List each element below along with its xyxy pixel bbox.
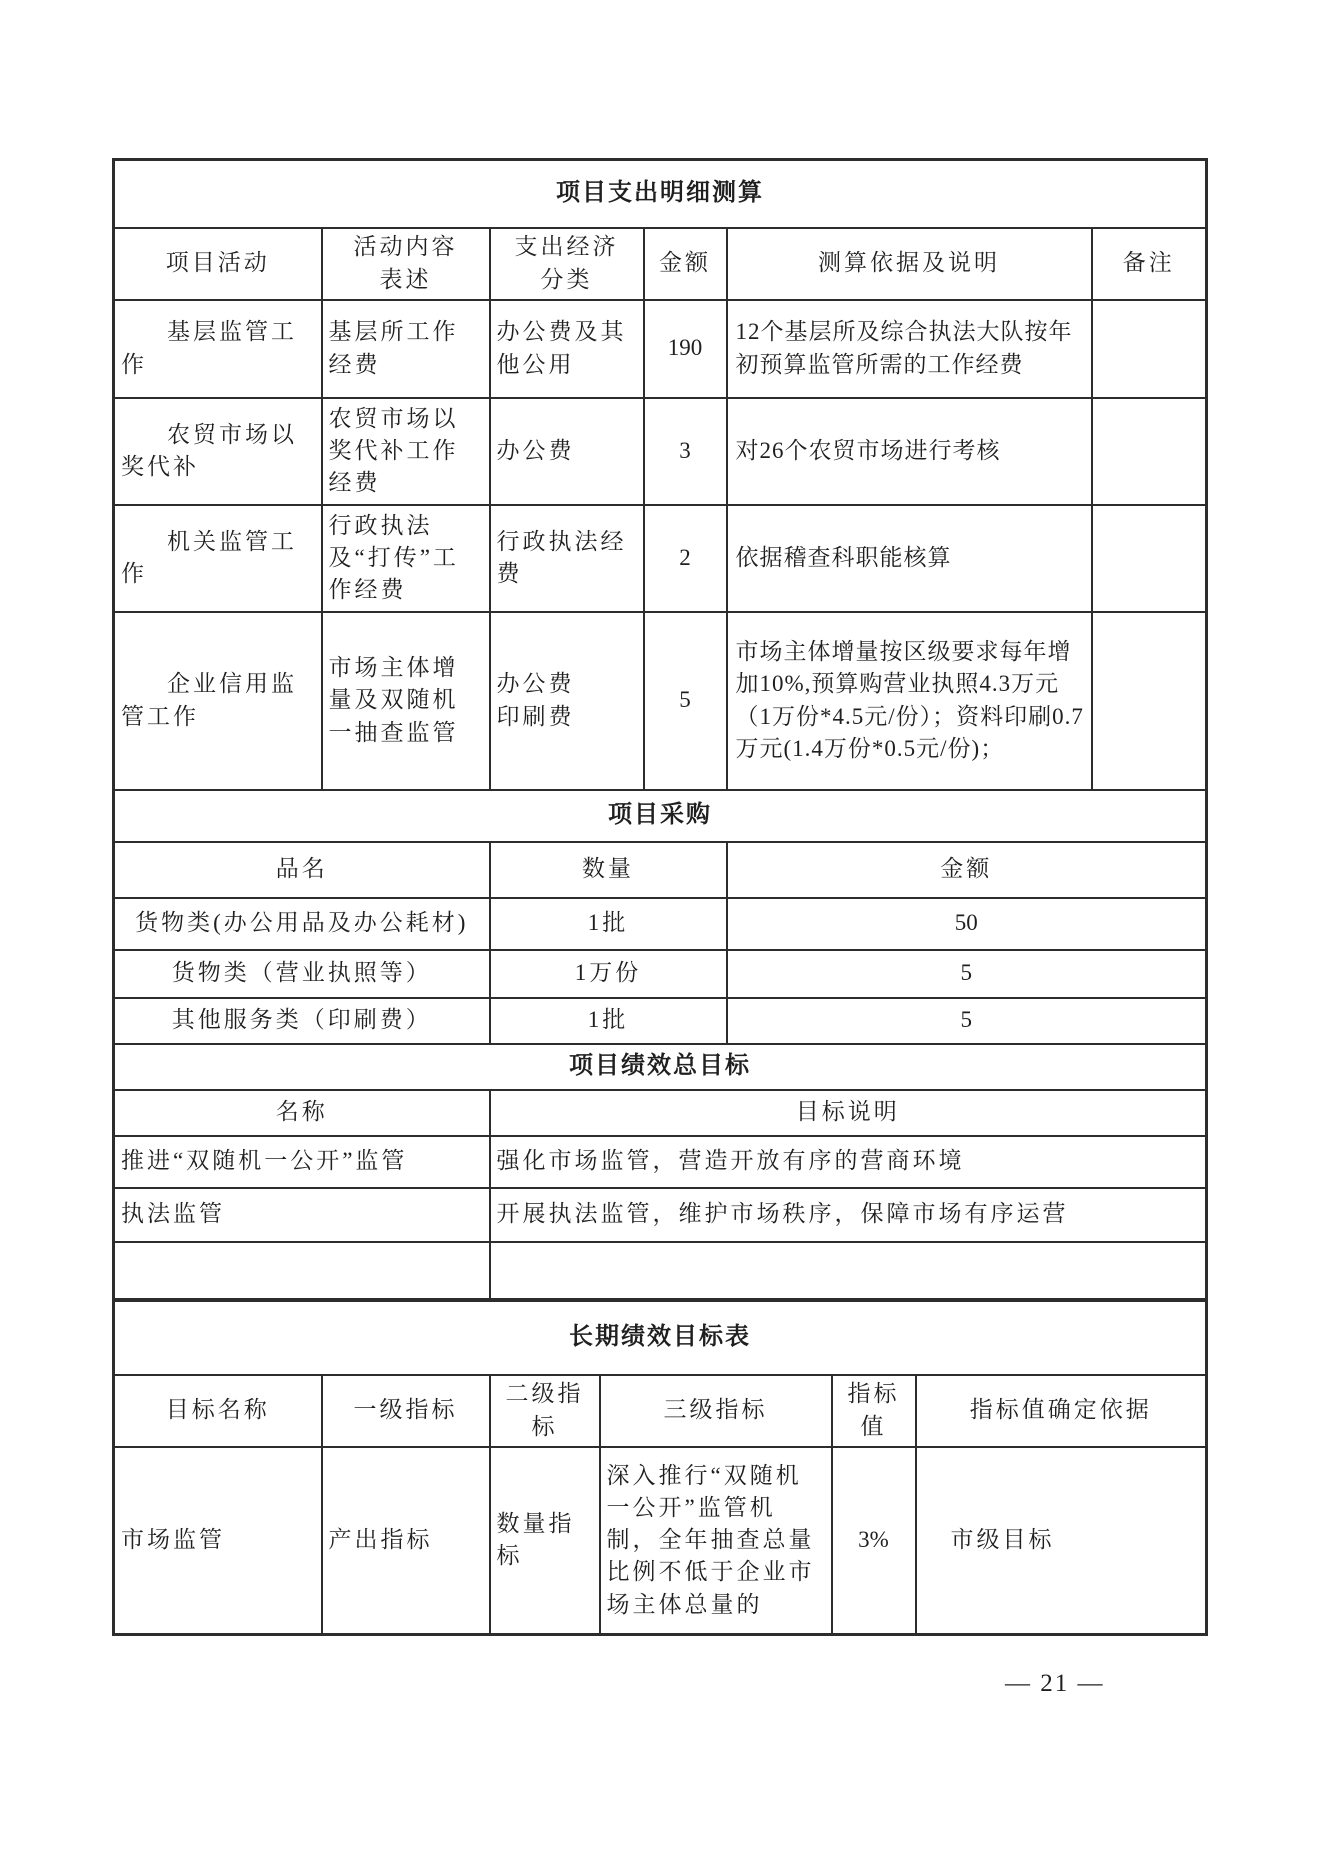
cell-basis: 对26个农贸市场进行考核 [727,398,1092,505]
cell-item-name: 货物类(办公用品及办公耗材) [114,898,490,950]
longterm-table: 长期绩效目标表 目标名称 一级指标 二级指 标 三级指标 指标 值 指标值确定依… [112,1299,1208,1636]
cell-goal-name: 执法监管 [114,1188,490,1242]
cell-value-basis: 市级目标 [916,1447,1207,1635]
cell-goal-desc: 强化市场监管，营造开放有序的营商环境 [490,1136,1207,1188]
cell-category: 办公费及其他公用 [490,300,644,398]
cell-quantity: 1万份 [490,950,727,998]
expenditure-table: 项目支出明细测算 项目活动 活动内容 表述 支出经济 分类 金额 测算依据及说明… [112,158,1208,1301]
col-header-goal-title: 目标名称 [114,1375,322,1447]
procurement-row: 其他服务类（印刷费） 1批 5 [114,998,1207,1044]
longterm-header-row: 目标名称 一级指标 二级指 标 三级指标 指标 值 指标值确定依据 [114,1375,1207,1447]
overall-goal-title-row: 项目绩效总目标 [114,1044,1207,1090]
col-header-quantity: 数量 [490,842,727,898]
cell-note [1092,505,1207,612]
cell-indicator-value: 3% [832,1447,916,1635]
expenditure-row: 农贸市场以奖代补 农贸市场以奖代补工作经费 办公费 3 对26个农贸市场进行考核 [114,398,1207,505]
page-number: — 21 — [1005,1670,1105,1698]
procurement-header-row: 品名 数量 金额 [114,842,1207,898]
longterm-title-row: 长期绩效目标表 [114,1301,1207,1375]
cell-content: 行政执法及“打传”工作经费 [322,505,490,612]
overall-goal-row: 执法监管 开展执法监管，维护市场秩序，保障市场有序运营 [114,1188,1207,1242]
procurement-title-row: 项目采购 [114,790,1207,842]
cell-goal-desc: 开展执法监管，维护市场秩序，保障市场有序运营 [490,1188,1207,1242]
cell-proc-amount: 5 [727,950,1207,998]
cell-proc-amount: 50 [727,898,1207,950]
cell-category: 办公费 印刷费 [490,612,644,790]
col-header-indicator-value: 指标 值 [832,1375,916,1447]
expenditure-header-row: 项目活动 活动内容 表述 支出经济 分类 金额 测算依据及说明 备注 [114,228,1207,300]
cell-item-name: 货物类（营业执照等） [114,950,490,998]
cell-basis: 依据稽查科职能核算 [727,505,1092,612]
col-header-goal-desc: 目标说明 [490,1090,1207,1136]
col-header-basis: 测算依据及说明 [727,228,1092,300]
cell-item-name: 其他服务类（印刷费） [114,998,490,1044]
col-header-value-basis: 指标值确定依据 [916,1375,1207,1447]
expenditure-row: 企业信用监管工作 市场主体增量及双随机一抽查监管 办公费 印刷费 5 市场主体增… [114,612,1207,790]
procurement-row: 货物类（营业执照等） 1万份 5 [114,950,1207,998]
cell-basis: 市场主体增量按区级要求每年增加10%,预算购营业执照4.3万元（1万份*4.5元… [727,612,1092,790]
cell-quantity: 1批 [490,898,727,950]
cell-level2: 数量指标 [490,1447,600,1635]
cell-activity: 企业信用监管工作 [114,612,322,790]
cell-content: 农贸市场以奖代补工作经费 [322,398,490,505]
cell-category: 办公费 [490,398,644,505]
cell-goal-title: 市场监管 [114,1447,322,1635]
overall-goal-empty-row [114,1242,1207,1300]
cell-activity: 基层监管工作 [114,300,322,398]
cell-level1: 产出指标 [322,1447,490,1635]
col-header-level2: 二级指 标 [490,1375,600,1447]
cell-content: 市场主体增量及双随机一抽查监管 [322,612,490,790]
document-page: 项目支出明细测算 项目活动 活动内容 表述 支出经济 分类 金额 测算依据及说明… [0,0,1323,1871]
procurement-section-title: 项目采购 [114,790,1207,842]
cell-goal-name [114,1242,490,1300]
cell-activity: 农贸市场以奖代补 [114,398,322,505]
col-header-activity: 项目活动 [114,228,322,300]
overall-goal-row: 推进“双随机一公开”监管 强化市场监管，营造开放有序的营商环境 [114,1136,1207,1188]
procurement-row: 货物类(办公用品及办公耗材) 1批 50 [114,898,1207,950]
col-header-amount: 金额 [644,228,727,300]
col-header-level1: 一级指标 [322,1375,490,1447]
cell-activity: 机关监管工作 [114,505,322,612]
cell-basis: 12个基层所及综合执法大队按年初预算监管所需的工作经费 [727,300,1092,398]
overall-goal-section-title: 项目绩效总目标 [114,1044,1207,1090]
col-header-item-name: 品名 [114,842,490,898]
col-header-note: 备注 [1092,228,1207,300]
longterm-table-title: 长期绩效目标表 [114,1301,1207,1375]
expenditure-row: 机关监管工作 行政执法及“打传”工作经费 行政执法经费 2 依据稽查科职能核算 [114,505,1207,612]
col-header-level3: 三级指标 [600,1375,832,1447]
col-header-goal-name: 名称 [114,1090,490,1136]
col-header-proc-amount: 金额 [727,842,1207,898]
cell-goal-desc [490,1242,1207,1300]
cell-note [1092,612,1207,790]
col-header-content: 活动内容 表述 [322,228,490,300]
cell-amount: 5 [644,612,727,790]
cell-quantity: 1批 [490,998,727,1044]
cell-goal-name: 推进“双随机一公开”监管 [114,1136,490,1188]
cell-amount: 2 [644,505,727,612]
overall-goal-header-row: 名称 目标说明 [114,1090,1207,1136]
cell-proc-amount: 5 [727,998,1207,1044]
cell-amount: 3 [644,398,727,505]
cell-note [1092,398,1207,505]
cell-note [1092,300,1207,398]
tables-container: 项目支出明细测算 项目活动 活动内容 表述 支出经济 分类 金额 测算依据及说明… [112,158,1205,1636]
cell-level3: 深入推行“双随机一公开”监管机制，全年抽查总量比例不低于企业市场主体总量的 [600,1447,832,1635]
expenditure-title-row: 项目支出明细测算 [114,160,1207,228]
expenditure-table-title: 项目支出明细测算 [114,160,1207,228]
longterm-row: 市场监管 产出指标 数量指标 深入推行“双随机一公开”监管机制，全年抽查总量比例… [114,1447,1207,1635]
cell-content: 基层所工作经费 [322,300,490,398]
cell-amount: 190 [644,300,727,398]
expenditure-row: 基层监管工作 基层所工作经费 办公费及其他公用 190 12个基层所及综合执法大… [114,300,1207,398]
col-header-category: 支出经济 分类 [490,228,644,300]
cell-category: 行政执法经费 [490,505,644,612]
